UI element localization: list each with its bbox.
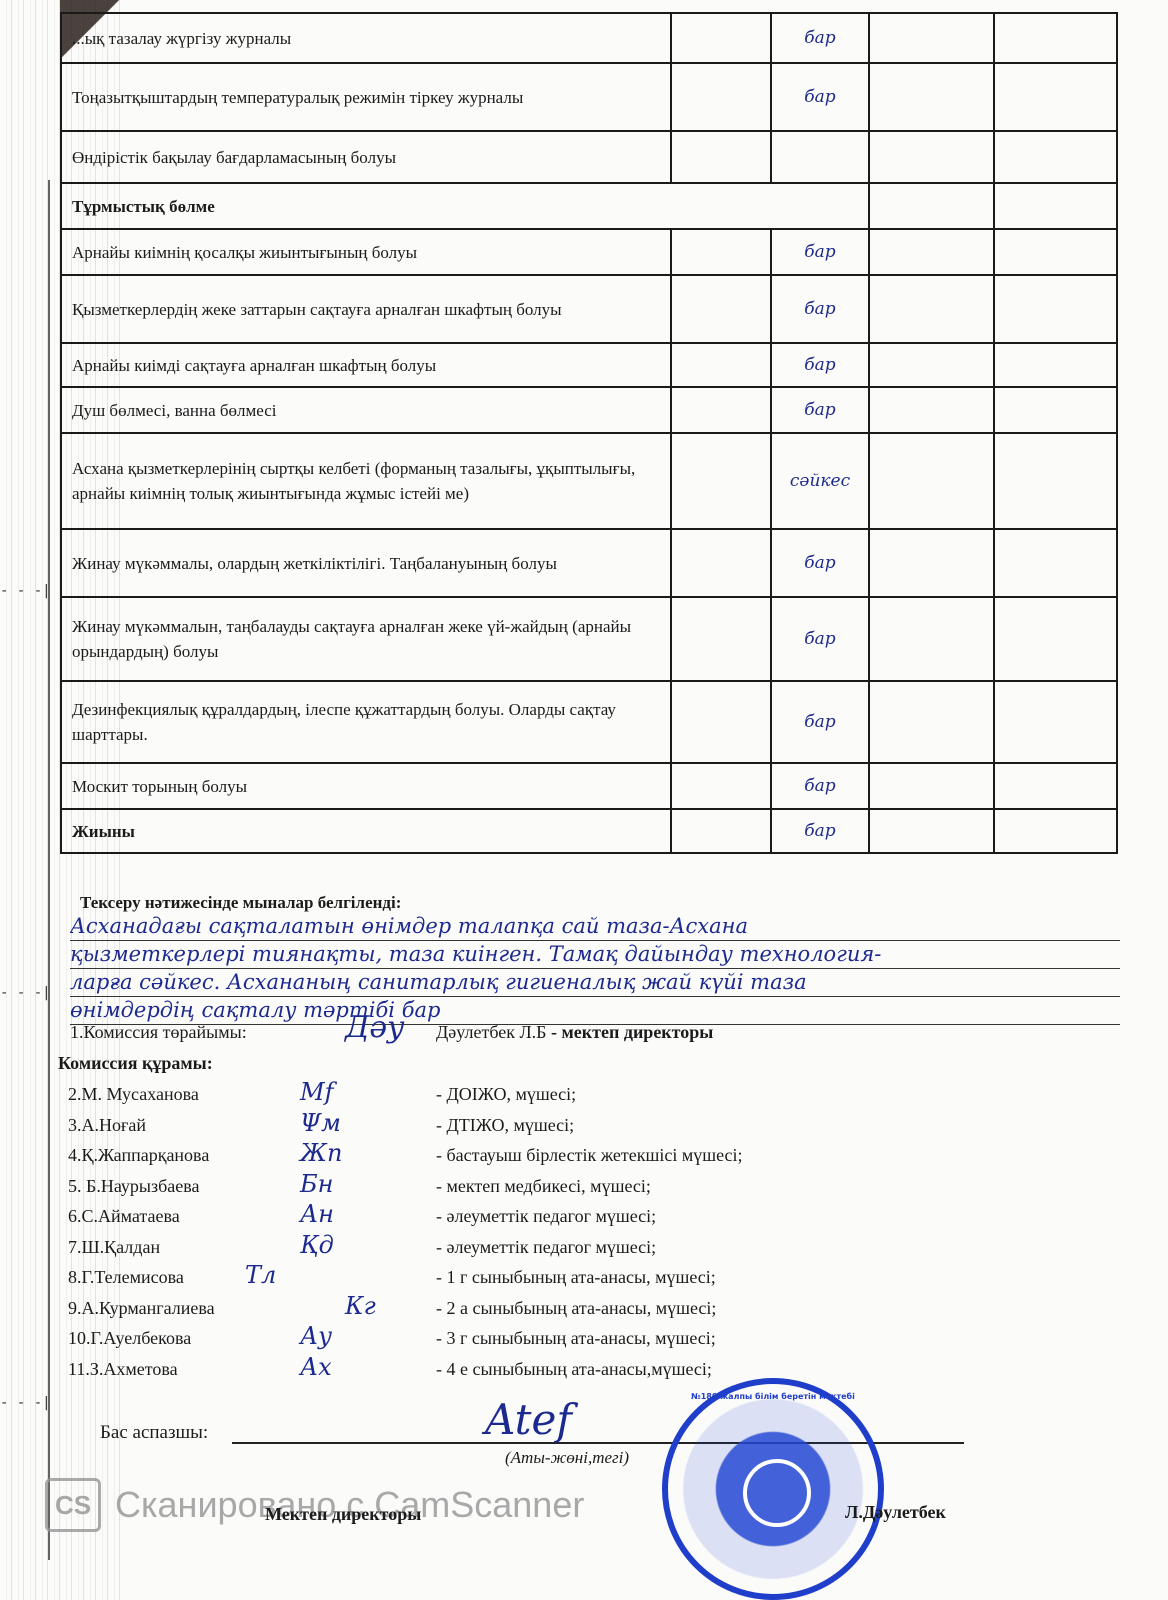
- table-row: ...ық тазалау жүргізу журналыбар: [61, 13, 1117, 63]
- value-cell: [771, 131, 869, 183]
- value-cell: [671, 809, 771, 853]
- value-cell: [994, 343, 1117, 387]
- total-row: Жиыныбар: [61, 809, 1117, 853]
- composition-label: Комиссия құрамы:: [58, 1053, 213, 1074]
- row-description: ...ық тазалау жүргізу журналы: [61, 13, 671, 63]
- row-description: Қызметкерлердің жеке заттарын сақтауға а…: [61, 275, 671, 343]
- row-description: Тұрмыстық бөлме: [61, 183, 869, 229]
- row-description: Жинау мүкәммалын, таңбалауды сақтауға ар…: [61, 597, 671, 681]
- value-cell: [994, 387, 1117, 433]
- row-description: Душ бөлмесі, ванна бөлмесі: [61, 387, 671, 433]
- row-description: Арнайы киімді сақтауға арналған шкафтың …: [61, 343, 671, 387]
- value-cell: [869, 229, 994, 275]
- row-description: Жинау мүкәммалы, олардың жеткіліктілігі.…: [61, 529, 671, 597]
- value-cell: [671, 597, 771, 681]
- crop-mark: - - -|: [0, 1395, 51, 1411]
- value-cell: [869, 343, 994, 387]
- member-name: 3.А.Ноғай: [68, 1115, 146, 1136]
- value-cell: [994, 529, 1117, 597]
- table-row: Қызметкерлердің жеке заттарын сақтауға а…: [61, 275, 1117, 343]
- margin-line: [48, 180, 50, 1560]
- value-cell: [671, 343, 771, 387]
- value-cell: [869, 275, 994, 343]
- member-signature: Тл: [245, 1261, 276, 1289]
- crop-mark: - - -|: [0, 583, 51, 599]
- value-cell: [994, 63, 1117, 131]
- member-name: 2.М. Мусаханова: [68, 1084, 199, 1105]
- value-cell: бар: [771, 763, 869, 809]
- value-cell: [671, 529, 771, 597]
- findings-line: қызметкерлері тиянақты, таза киінген. Та…: [70, 941, 1120, 969]
- empty-cell: [994, 183, 1117, 229]
- member-name: 4.Қ.Жаппарқанова: [68, 1145, 209, 1166]
- table-row: Тоңазытқыштардың температуралық режимін …: [61, 63, 1117, 131]
- value-cell: [869, 529, 994, 597]
- member-role: - 2 а сыныбының ата-анасы, мүшесі;: [436, 1298, 716, 1319]
- signature-chair: Дәу: [345, 1010, 405, 1045]
- table-row: Арнайы киімді сақтауға арналған шкафтың …: [61, 343, 1117, 387]
- value-cell: [671, 681, 771, 763]
- member-role: - әлеуметтік педагог мүшесі;: [436, 1237, 656, 1258]
- value-cell: [869, 63, 994, 131]
- value-cell: [869, 809, 994, 853]
- value-cell: [869, 387, 994, 433]
- findings-line: Асханадағы сақталатын өнімдер талапқа са…: [70, 913, 1120, 941]
- member-signature: Қд: [300, 1231, 334, 1259]
- member-signature: Ах: [300, 1353, 332, 1381]
- value-cell: [994, 597, 1117, 681]
- row-description: Асхана қызметкерлерінің сыртқы келбеті (…: [61, 433, 671, 529]
- member-signature: Ау: [300, 1322, 332, 1350]
- findings-section: Тексеру нәтижесінде мыналар белгіленді: …: [70, 893, 1120, 1025]
- member-role: - бастауыш бірлестік жетекшісі мүшесі;: [436, 1145, 743, 1166]
- value-cell: [671, 275, 771, 343]
- row-description: Өндірістік бақылау бағдарламасының болуы: [61, 131, 671, 183]
- section-row: Тұрмыстық бөлме: [61, 183, 1117, 229]
- table-row: Душ бөлмесі, ванна бөлмесібар: [61, 387, 1117, 433]
- table-row: Москит торының болуыбар: [61, 763, 1117, 809]
- value-cell: [994, 433, 1117, 529]
- director-name: Л.Дәулетбек: [845, 1502, 946, 1523]
- value-cell: бар: [771, 681, 869, 763]
- value-cell: [671, 131, 771, 183]
- row-description: Москит торының болуы: [61, 763, 671, 809]
- value-cell: [994, 681, 1117, 763]
- value-cell: бар: [771, 343, 869, 387]
- value-cell: бар: [771, 809, 869, 853]
- value-cell: [869, 433, 994, 529]
- commission-chair-label: 1.Комиссия төрайымы:: [70, 1022, 247, 1043]
- member-role: - ДТІЖО, мүшесі;: [436, 1115, 574, 1136]
- stamp-emblem-icon: [743, 1459, 811, 1527]
- value-cell: [671, 387, 771, 433]
- member-signature: Mf: [300, 1078, 333, 1106]
- member-role: - әлеуметтік педагог мүшесі;: [436, 1206, 656, 1227]
- table-row: Дезинфекциялық құралдардың, ілеспе құжат…: [61, 681, 1117, 763]
- findings-label: Тексеру нәтижесінде мыналар белгіленді:: [80, 893, 1120, 913]
- value-cell: [994, 809, 1117, 853]
- value-cell: бар: [771, 529, 869, 597]
- chair-role: - мектеп директоры: [547, 1022, 714, 1042]
- value-cell: [994, 13, 1117, 63]
- table-row: Арнайы киімнің қосалқы жиынтығының болуы…: [61, 229, 1117, 275]
- findings-line: өнімдердің сақталу тәртібі бар: [70, 997, 1120, 1025]
- value-cell: бар: [771, 597, 869, 681]
- findings-line: ларға сәйкес. Асхананың санитарлық гигие…: [70, 969, 1120, 997]
- row-description: Жиыны: [61, 809, 671, 853]
- table-row: Өндірістік бақылау бағдарламасының болуы: [61, 131, 1117, 183]
- signature-chef: Atef: [485, 1395, 572, 1444]
- member-role: - 1 г сыныбының ата-анасы, мүшесі;: [436, 1267, 716, 1288]
- table-row: Жинау мүкәммалы, олардың жеткіліктілігі.…: [61, 529, 1117, 597]
- value-cell: [671, 229, 771, 275]
- table-row: Жинау мүкәммалын, таңбалауды сақтауға ар…: [61, 597, 1117, 681]
- value-cell: сәйкес: [771, 433, 869, 529]
- value-cell: [869, 681, 994, 763]
- table-row: Асхана қызметкерлерінің сыртқы келбеті (…: [61, 433, 1117, 529]
- value-cell: [869, 597, 994, 681]
- member-name: 5. Б.Наурызбаева: [68, 1176, 200, 1197]
- value-cell: бар: [771, 387, 869, 433]
- chef-caption: (Аты-жөні,тегі): [505, 1448, 629, 1468]
- value-cell: бар: [771, 63, 869, 131]
- value-cell: [869, 131, 994, 183]
- value-cell: [994, 275, 1117, 343]
- member-name: 6.С.Айматаева: [68, 1206, 180, 1227]
- chair-name: Дәулетбек Л.Б: [436, 1022, 547, 1042]
- member-name: 11.З.Ахметова: [68, 1359, 178, 1380]
- camscanner-logo-icon: CS: [45, 1478, 101, 1532]
- member-name: 9.А.Курмангалиева: [68, 1298, 215, 1319]
- member-signature: Кг: [345, 1292, 376, 1320]
- inspection-table: ...ық тазалау жүргізу журналыбарТоңазытқ…: [60, 12, 1118, 854]
- stamp-text: №180 жалпы білім беретін мектебі: [668, 1392, 878, 1401]
- member-signature: Ψм: [300, 1109, 341, 1137]
- member-role: - 3 г сыныбының ата-анасы, мүшесі;: [436, 1328, 716, 1349]
- row-description: Арнайы киімнің қосалқы жиынтығының болуы: [61, 229, 671, 275]
- member-signature: Жп: [300, 1139, 342, 1167]
- director-label: Мектеп директоры: [265, 1504, 421, 1525]
- value-cell: [994, 229, 1117, 275]
- value-cell: [671, 63, 771, 131]
- value-cell: [994, 131, 1117, 183]
- value-cell: [671, 763, 771, 809]
- member-role: - 4 е сыныбының ата-анасы,мүшесі;: [436, 1359, 712, 1380]
- member-name: 8.Г.Телемисова: [68, 1267, 184, 1288]
- member-role: - мектеп медбикесі, мүшесі;: [436, 1176, 651, 1197]
- row-description: Тоңазытқыштардың температуралық режимін …: [61, 63, 671, 131]
- crop-mark: - - -|: [0, 985, 51, 1001]
- value-cell: [869, 763, 994, 809]
- member-name: 7.Ш.Қалдан: [68, 1237, 160, 1258]
- value-cell: [869, 13, 994, 63]
- chef-label: Бас аспазшы:: [100, 1422, 208, 1444]
- row-description: Дезинфекциялық құралдардың, ілеспе құжат…: [61, 681, 671, 763]
- member-role: - ДОІЖО, мүшесі;: [436, 1084, 576, 1105]
- member-signature: Бн: [300, 1170, 333, 1198]
- member-name: 10.Г.Ауелбекова: [68, 1328, 191, 1349]
- member-signature: Ан: [300, 1200, 334, 1228]
- value-cell: [671, 433, 771, 529]
- empty-cell: [869, 183, 994, 229]
- value-cell: [994, 763, 1117, 809]
- value-cell: бар: [771, 13, 869, 63]
- value-cell: бар: [771, 229, 869, 275]
- official-stamp: №180 жалпы білім беретін мектебі: [662, 1378, 884, 1600]
- value-cell: [671, 13, 771, 63]
- commission-chair: Дәулетбек Л.Б - мектеп директоры: [436, 1022, 713, 1043]
- value-cell: бар: [771, 275, 869, 343]
